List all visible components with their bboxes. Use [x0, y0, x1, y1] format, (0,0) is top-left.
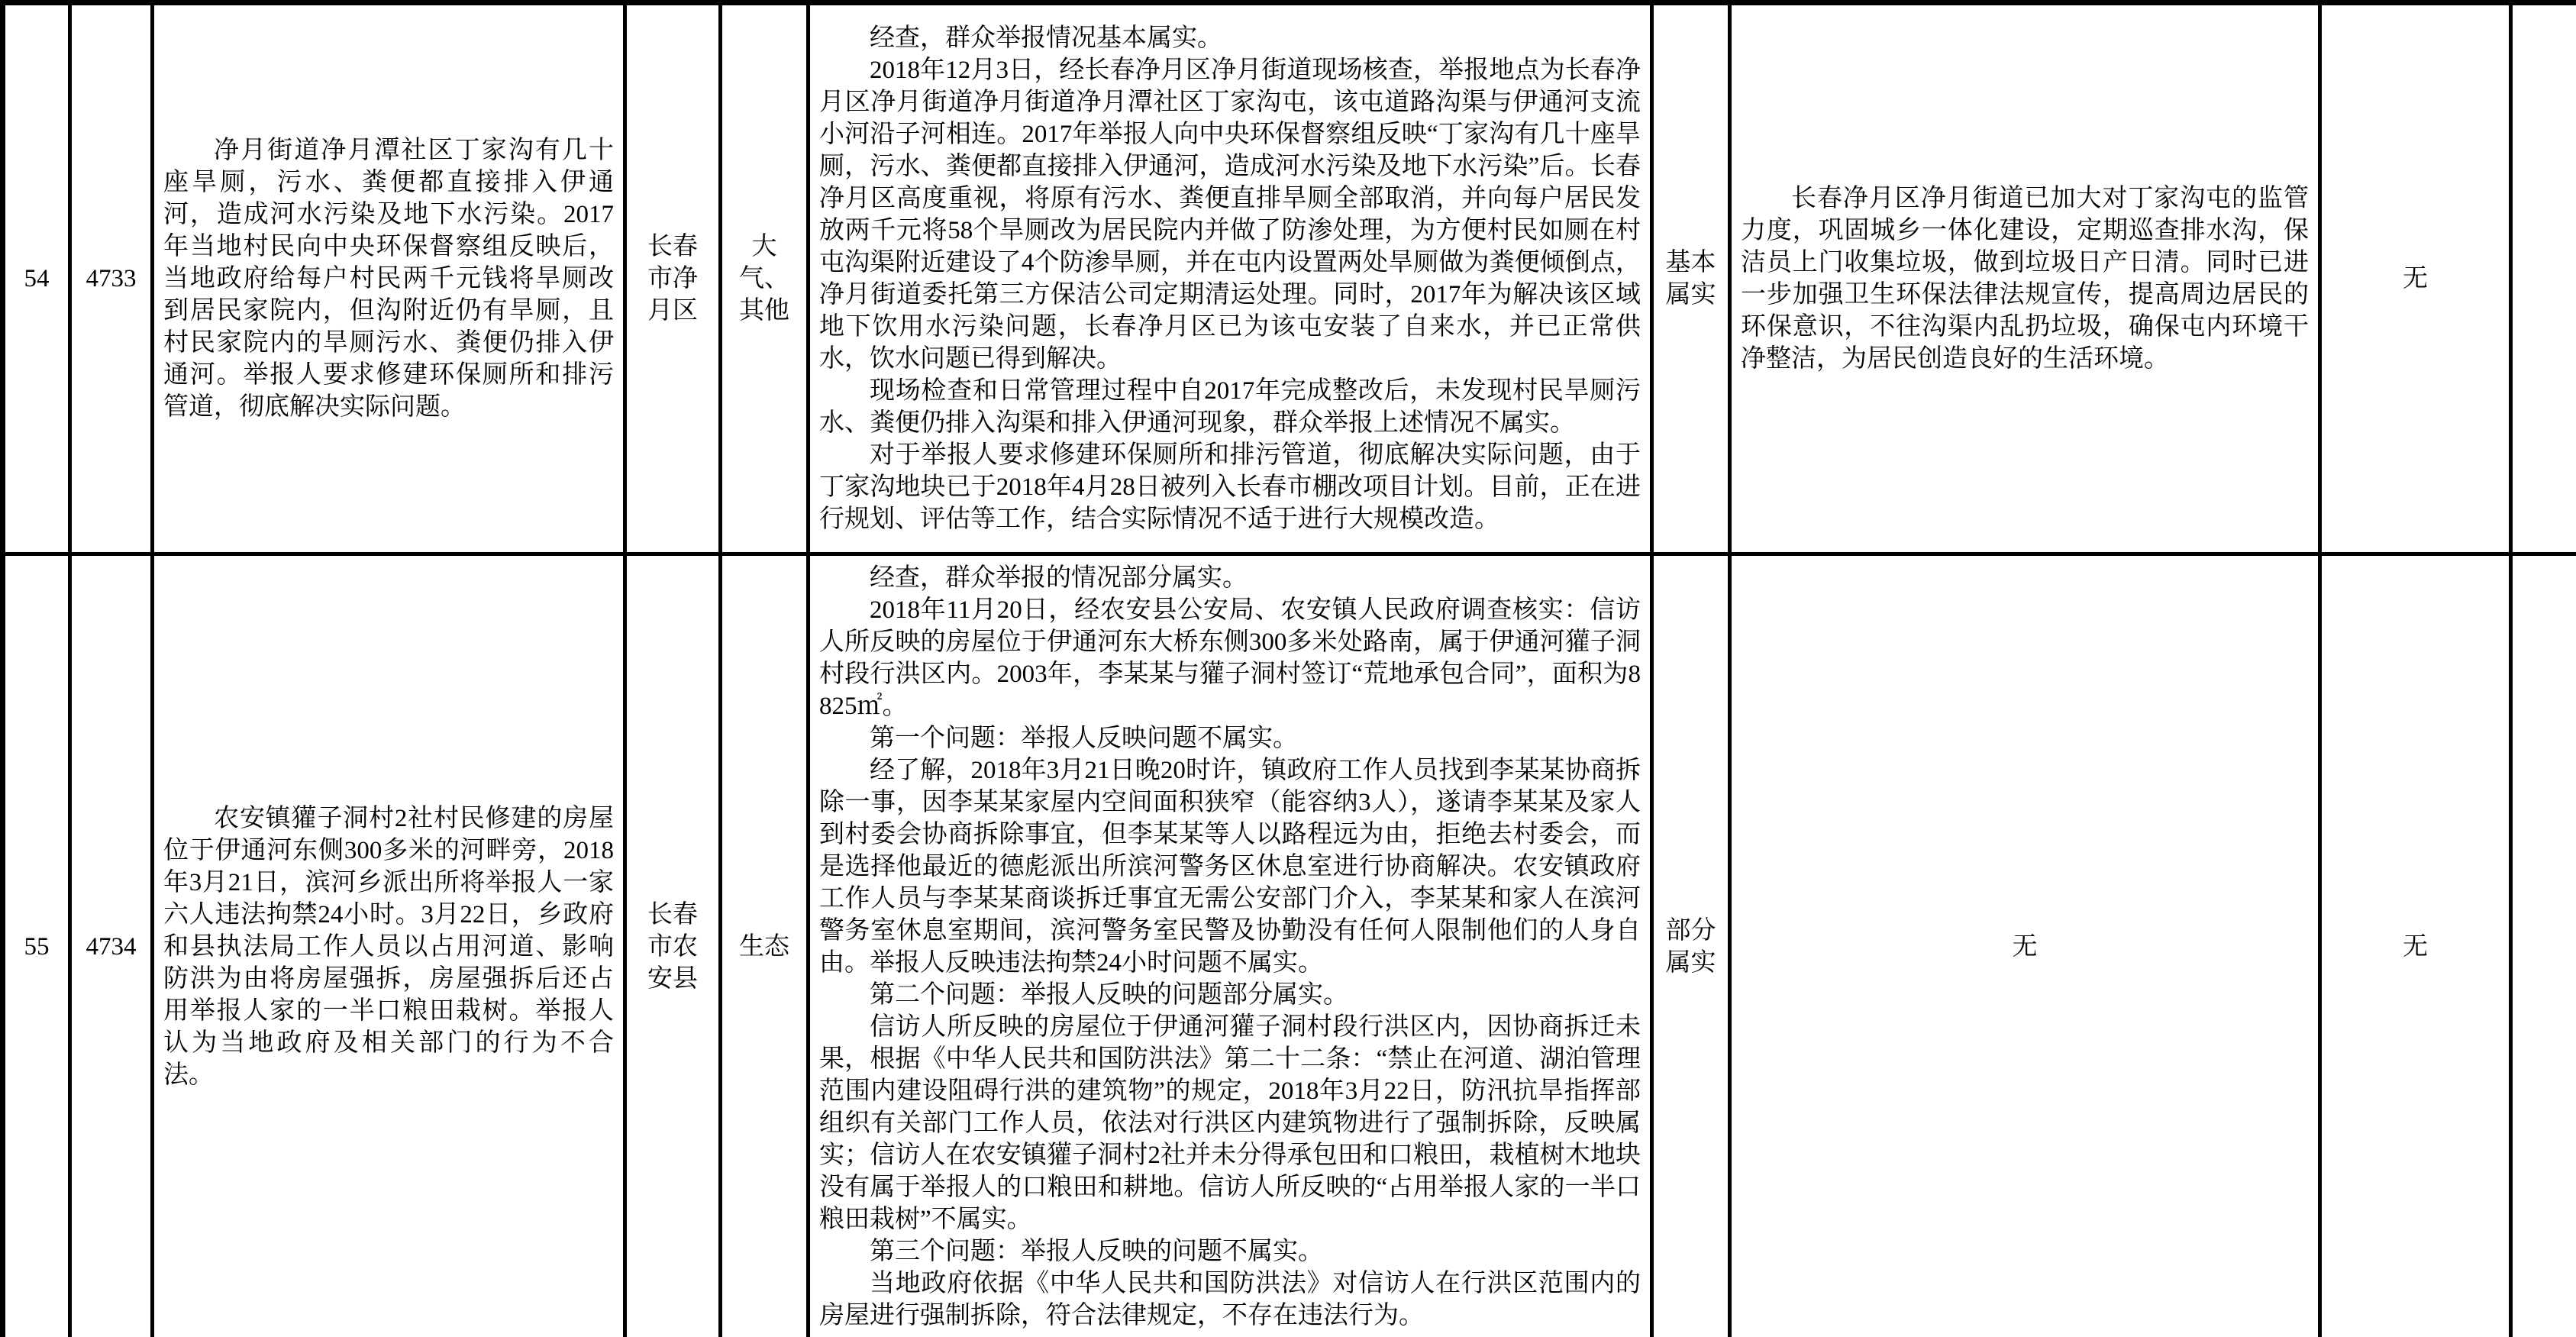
paragraph: 信访人所反映的房屋位于伊通河獾子洞村段行洪区内，因协商拆迁未果，根据《中华人民共…	[819, 1011, 1641, 1235]
paragraph: 经查，群众举报情况基本属实。	[819, 22, 1641, 54]
paragraph: 2018年11月20日，经农安县公安局、农安镇人民政府调查核实：信访人所反映的房…	[819, 594, 1641, 722]
cell-handling: 长春净月区净月街道已加大对丁家沟屯的监管力度，巩固城乡一体化建设，定期巡查排水沟…	[1730, 3, 2320, 554]
cell-seq: 54	[3, 3, 70, 554]
cell-verdict: 部分属实	[1652, 554, 1730, 1337]
handling-text: 长春净月区净月街道已加大对丁家沟屯的监管力度，巩固城乡一体化建设，定期巡查排水沟…	[1741, 182, 2309, 375]
cell-blank	[2511, 554, 2576, 1337]
paragraph: 经查，群众举报的情况部分属实。	[819, 562, 1641, 594]
paragraph: 2018年12月3日，经长春净月区净月街道现场核查，举报地点为长春净月区净月街道…	[819, 54, 1641, 375]
paragraph: 第一个问题：举报人反映问题不属实。	[819, 722, 1641, 754]
cell-seq: 55	[3, 554, 70, 1337]
table-row-54: 54 4733 净月街道净月潭社区丁家沟有几十座旱厕，污水、粪便都直接排入伊通河…	[3, 3, 2576, 554]
cell-accountability: 无	[2320, 554, 2511, 1337]
cell-pollution-type: 生态	[721, 554, 809, 1337]
cell-complaint: 农安镇獾子洞村2社村民修建的房屋位于伊通河东侧300多米的河畔旁，2018年3月…	[153, 554, 625, 1337]
complaint-text: 农安镇獾子洞村2社村民修建的房屋位于伊通河东侧300多米的河畔旁，2018年3月…	[163, 803, 614, 1091]
cell-handling: 无	[1730, 554, 2320, 1337]
cell-case-number: 4734	[70, 554, 153, 1337]
paragraph: 现场检查和日常管理过程中自2017年完成整改后，未发现村民旱厕污水、粪便仍排入沟…	[819, 375, 1641, 439]
cell-accountability: 无	[2320, 3, 2511, 554]
cell-blank	[2511, 3, 2576, 554]
cell-region: 长春市净月区	[625, 3, 721, 554]
paragraph: 对于举报人要求修建环保厕所和排污管道，彻底解决实际问题，由于丁家沟地块已于201…	[819, 439, 1641, 535]
cell-pollution-type: 大气、其他	[721, 3, 809, 554]
paragraph: 经了解，2018年3月21日晚20时许，镇政府工作人员找到李某某协商拆除一事，因…	[819, 754, 1641, 979]
complaint-table: 54 4733 净月街道净月潭社区丁家沟有几十座旱厕，污水、粪便都直接排入伊通河…	[0, 0, 2576, 1337]
cell-investigation: 经查，群众举报情况基本属实。2018年12月3日，经长春净月区净月街道现场核查，…	[809, 3, 1652, 554]
investigation-text: 经查，群众举报的情况部分属实。2018年11月20日，经农安县公安局、农安镇人民…	[819, 562, 1641, 1332]
paragraph: 第二个问题：举报人反映的问题部分属实。	[819, 979, 1641, 1011]
paragraph: 第三个问题：举报人反映的问题不属实。	[819, 1235, 1641, 1268]
cell-region: 长春市农安县	[625, 554, 721, 1337]
complaint-text: 净月街道净月潭社区丁家沟有几十座旱厕，污水、粪便都直接排入伊通河，造成河水污染及…	[163, 134, 614, 423]
cell-case-number: 4733	[70, 3, 153, 554]
cell-verdict: 基本属实	[1652, 3, 1730, 554]
paragraph: 当地政府依据《中华人民共和国防洪法》对信访人在行洪区范围内的房屋进行强制拆除，符…	[819, 1268, 1641, 1332]
table-row-55: 55 4734 农安镇獾子洞村2社村民修建的房屋位于伊通河东侧300多米的河畔旁…	[3, 554, 2576, 1337]
investigation-text: 经查，群众举报情况基本属实。2018年12月3日，经长春净月区净月街道现场核查，…	[819, 22, 1641, 535]
complaint-ledger-page: 54 4733 净月街道净月潭社区丁家沟有几十座旱厕，污水、粪便都直接排入伊通河…	[0, 0, 2576, 1337]
cell-complaint: 净月街道净月潭社区丁家沟有几十座旱厕，污水、粪便都直接排入伊通河，造成河水污染及…	[153, 3, 625, 554]
cell-investigation: 经查，群众举报的情况部分属实。2018年11月20日，经农安县公安局、农安镇人民…	[809, 554, 1652, 1337]
